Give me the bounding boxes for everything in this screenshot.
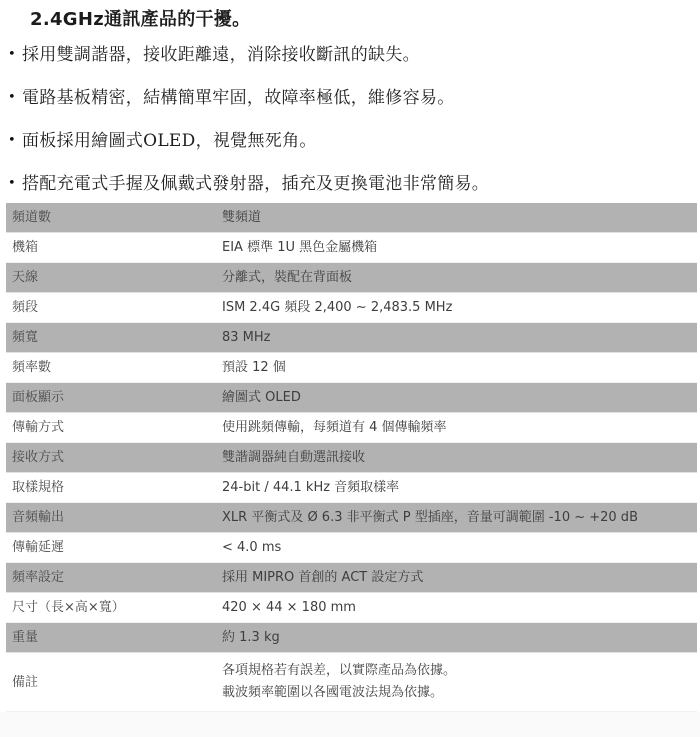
table-row: 機箱 EIA 標準 1U 黑色金屬機箱 bbox=[6, 233, 697, 263]
spec-value: 預設 12 個 bbox=[222, 359, 697, 376]
spec-label: 頻寬 bbox=[6, 329, 222, 346]
table-row: 頻率設定 採用 MIPRO 首創的 ACT 設定方式 bbox=[6, 563, 697, 593]
spec-value: 各項規格若有誤差，以實際產品為依據。 載波頻率範圍以各國電波法規為依據。 bbox=[222, 660, 697, 704]
table-row: 尺寸（長×高×寬） 420 × 44 × 180 mm bbox=[6, 593, 697, 623]
bottom-spacer bbox=[0, 712, 700, 737]
note-line: 各項規格若有誤差，以實際產品為依據。 bbox=[222, 660, 689, 682]
table-row: 重量 約 1.3 kg bbox=[6, 623, 697, 653]
spec-value: XLR 平衡式及 Ø 6.3 非平衡式 P 型插座，音量可調範圍 -10 ~ +… bbox=[222, 509, 697, 526]
bullet-icon: • bbox=[8, 45, 22, 65]
table-row: 頻寬 83 MHz bbox=[6, 323, 697, 353]
note-line: 載波頻率範圍以各國電波法規為依據。 bbox=[222, 682, 689, 704]
spec-label: 頻率設定 bbox=[6, 569, 222, 586]
spec-label: 頻道數 bbox=[6, 209, 222, 226]
table-row-note: 備註 各項規格若有誤差，以實際產品為依據。 載波頻率範圍以各國電波法規為依據。 bbox=[6, 653, 697, 712]
bullet-icon: • bbox=[8, 88, 22, 108]
bullet-item: • 搭配充電式手握及佩戴式發射器，插充及更換電池非常簡易。 bbox=[8, 174, 690, 194]
spec-value: 採用 MIPRO 首創的 ACT 設定方式 bbox=[222, 569, 697, 586]
table-row: 接收方式 雙諧調器純自動選訊接收 bbox=[6, 443, 697, 473]
bullet-text: 搭配充電式手握及佩戴式發射器，插充及更換電池非常簡易。 bbox=[22, 174, 489, 194]
bullet-icon: • bbox=[8, 131, 22, 151]
spec-label: 音頻輸出 bbox=[6, 509, 222, 526]
bullet-text: 面板採用繪圖式OLED，視覺無死角。 bbox=[22, 131, 317, 151]
spec-label: 備註 bbox=[6, 674, 222, 691]
bullet-item: • 電路基板精密，結構簡單牢固，故障率極低，維修容易。 bbox=[8, 88, 690, 108]
spec-value: EIA 標準 1U 黑色金屬機箱 bbox=[222, 239, 697, 256]
feature-bullet-list: • 採用雙調諧器，接收距離遠，消除接收斷訊的缺失。 • 電路基板精密，結構簡單牢… bbox=[0, 45, 700, 194]
spec-table: 頻道數 雙頻道 機箱 EIA 標準 1U 黑色金屬機箱 天線 分離式，裝配在背面… bbox=[6, 203, 697, 712]
bullet-item: • 面板採用繪圖式OLED，視覺無死角。 bbox=[8, 131, 690, 151]
table-row: 面板顯示 繪圖式 OLED bbox=[6, 383, 697, 413]
bullet-item: • 採用雙調諧器，接收距離遠，消除接收斷訊的缺失。 bbox=[8, 45, 690, 65]
spec-label: 面板顯示 bbox=[6, 389, 222, 406]
spec-label: 天線 bbox=[6, 269, 222, 286]
table-row: 頻率數 預設 12 個 bbox=[6, 353, 697, 383]
spec-label: 取樣規格 bbox=[6, 479, 222, 496]
table-row: 傳輸方式 使用跳頻傳輸，每頻道有 4 個傳輸頻率 bbox=[6, 413, 697, 443]
bullet-text: 電路基板精密，結構簡單牢固，故障率極低，維修容易。 bbox=[22, 88, 455, 108]
table-row: 頻道數 雙頻道 bbox=[6, 203, 697, 233]
spec-value: 24-bit / 44.1 kHz 音頻取樣率 bbox=[222, 479, 697, 496]
spec-value: 約 1.3 kg bbox=[222, 629, 697, 646]
spec-label: 接收方式 bbox=[6, 449, 222, 466]
spec-label: 尺寸（長×高×寬） bbox=[6, 599, 222, 616]
spec-value: 使用跳頻傳輸，每頻道有 4 個傳輸頻率 bbox=[222, 419, 697, 436]
spec-value: 雙頻道 bbox=[222, 209, 697, 226]
spec-label: 傳輸方式 bbox=[6, 419, 222, 436]
spec-label: 頻段 bbox=[6, 299, 222, 316]
intro-continuation-line: 2.4GHz通訊產品的干擾。 bbox=[30, 8, 690, 32]
table-row: 取樣規格 24-bit / 44.1 kHz 音頻取樣率 bbox=[6, 473, 697, 503]
table-row: 天線 分離式，裝配在背面板 bbox=[6, 263, 697, 293]
intro-section: 2.4GHz通訊產品的干擾。 • 採用雙調諧器，接收距離遠，消除接收斷訊的缺失。… bbox=[0, 0, 700, 194]
spec-value: ISM 2.4G 頻段 2,400 ~ 2,483.5 MHz bbox=[222, 299, 697, 316]
bullet-text: 採用雙調諧器，接收距離遠，消除接收斷訊的缺失。 bbox=[22, 45, 420, 65]
spec-value: 雙諧調器純自動選訊接收 bbox=[222, 449, 697, 466]
spec-value: < 4.0 ms bbox=[222, 539, 697, 556]
spec-value: 83 MHz bbox=[222, 329, 697, 346]
spec-value: 繪圖式 OLED bbox=[222, 389, 697, 406]
bullet-icon: • bbox=[8, 174, 22, 194]
spec-label: 重量 bbox=[6, 629, 222, 646]
spec-label: 機箱 bbox=[6, 239, 222, 256]
spec-label: 傳輸延遲 bbox=[6, 539, 222, 556]
table-row: 頻段 ISM 2.4G 頻段 2,400 ~ 2,483.5 MHz bbox=[6, 293, 697, 323]
spec-value: 420 × 44 × 180 mm bbox=[222, 599, 697, 616]
table-row: 傳輸延遲 < 4.0 ms bbox=[6, 533, 697, 563]
spec-label: 頻率數 bbox=[6, 359, 222, 376]
table-row: 音頻輸出 XLR 平衡式及 Ø 6.3 非平衡式 P 型插座，音量可調範圍 -1… bbox=[6, 503, 697, 533]
spec-value: 分離式，裝配在背面板 bbox=[222, 269, 697, 286]
